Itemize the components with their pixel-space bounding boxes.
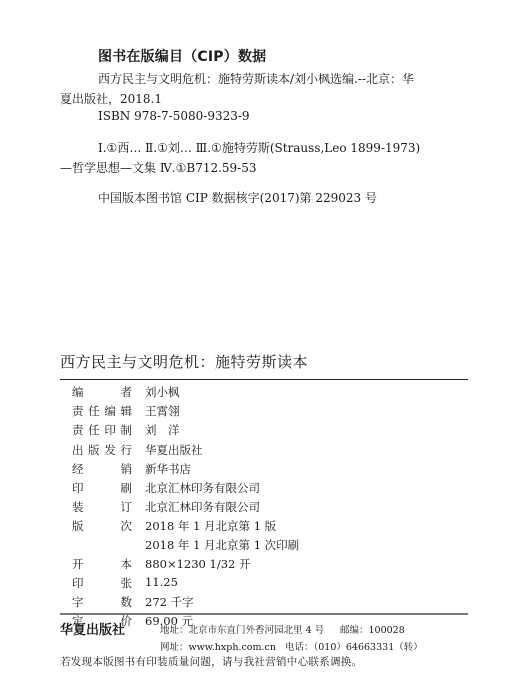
- pub-info-row: 装订北京汇林印务有限公司: [72, 499, 260, 517]
- cip-entry-line1: 西方民主与文明危机：施特劳斯读本/刘小枫选编.--北京：华: [60, 69, 470, 89]
- pub-info-row: 经销新华书店: [72, 461, 191, 479]
- pub-info-label: 印张: [72, 575, 132, 593]
- pub-info-value: 2018 年 1 月北京第 1 版: [145, 518, 276, 536]
- credit-row: 责任编辑王霄翎: [72, 403, 180, 421]
- classification-line2: —哲学思想—文集 Ⅳ.①B712.59-53: [60, 159, 257, 176]
- credit-label: 责任印制: [72, 422, 132, 440]
- pub-info-label: 版次: [72, 518, 132, 536]
- isbn: ISBN 978-7-5080-9323-9: [98, 109, 250, 123]
- pub-info-value: 新华书店: [145, 461, 191, 479]
- credit-label: 责任编辑: [72, 403, 132, 421]
- pub-info-value: 11.25: [145, 575, 178, 593]
- bottom-divider: [60, 613, 468, 615]
- pub-info-value: 880×1230 1/32 开: [145, 556, 251, 574]
- pub-info-label: 字数: [72, 594, 132, 612]
- credit-value: 刘 洋: [145, 422, 180, 440]
- credit-row: 编者刘小枫: [72, 384, 180, 402]
- pub-info-row: 开本880×1230 1/32 开: [72, 556, 251, 574]
- publisher-address: 地址：北京市东直门外香河园北里 4 号: [160, 622, 324, 636]
- cip-number: 中国版本图书馆 CIP 数据核字(2017)第 229023 号: [98, 189, 377, 206]
- pub-info-value: 272 千字: [145, 594, 194, 612]
- pub-info-label: 出版发行: [72, 442, 132, 460]
- credit-value: 王霄翎: [145, 403, 180, 421]
- pub-info-value: 北京汇林印务有限公司: [145, 499, 260, 517]
- credit-value: 刘小枫: [145, 384, 180, 402]
- cip-heading: 图书在版编目（CIP）数据: [98, 46, 266, 66]
- pub-info-label: 经销: [72, 461, 132, 479]
- pub-info-label: 印刷: [72, 480, 132, 498]
- credit-label: 编者: [72, 384, 132, 402]
- credit-row: 责任印制刘 洋: [72, 422, 180, 440]
- cip-entry: 西方民主与文明危机：施特劳斯读本/刘小枫选编.--北京：华 夏出版社，2018.…: [60, 69, 470, 109]
- pub-info-label: 装订: [72, 499, 132, 517]
- pub-info-row: 2018 年 1 月北京第 1 次印刷: [72, 537, 299, 555]
- pub-info-label: [72, 537, 132, 555]
- pub-info-value: 2018 年 1 月北京第 1 次印刷: [145, 537, 299, 555]
- classification-line1: Ⅰ.①西… Ⅱ.①刘… Ⅲ.①施特劳斯(Strauss,Leo 1899-197…: [98, 139, 420, 156]
- quality-notice: 若发现本版图书有印装质量问题，请与我社营销中心联系调换。: [60, 654, 362, 669]
- publisher-postcode: 邮编：100028: [340, 622, 405, 636]
- pub-info-row: 印张11.25: [72, 575, 178, 593]
- pub-info-row: 版次2018 年 1 月北京第 1 版: [72, 518, 276, 536]
- pub-info-row: 字数272 千字: [72, 594, 194, 612]
- pub-info-row: 出版发行华夏出版社: [72, 442, 203, 460]
- top-divider: [60, 379, 468, 380]
- publisher-phone: 电话：（010）64663331（转）: [285, 639, 423, 653]
- pub-info-value: 北京汇林印务有限公司: [145, 480, 260, 498]
- pub-info-value: 华夏出版社: [145, 442, 203, 460]
- pub-info-row: 印刷北京汇林印务有限公司: [72, 480, 260, 498]
- cip-entry-line2: 夏出版社，2018.1: [60, 89, 470, 109]
- book-title: 西方民主与文明危机：施特劳斯读本: [60, 351, 308, 372]
- publisher-name: 华夏出版社: [60, 619, 125, 638]
- pub-info-label: 开本: [72, 556, 132, 574]
- publisher-website: 网址：www.hxph.com.cn: [160, 639, 276, 653]
